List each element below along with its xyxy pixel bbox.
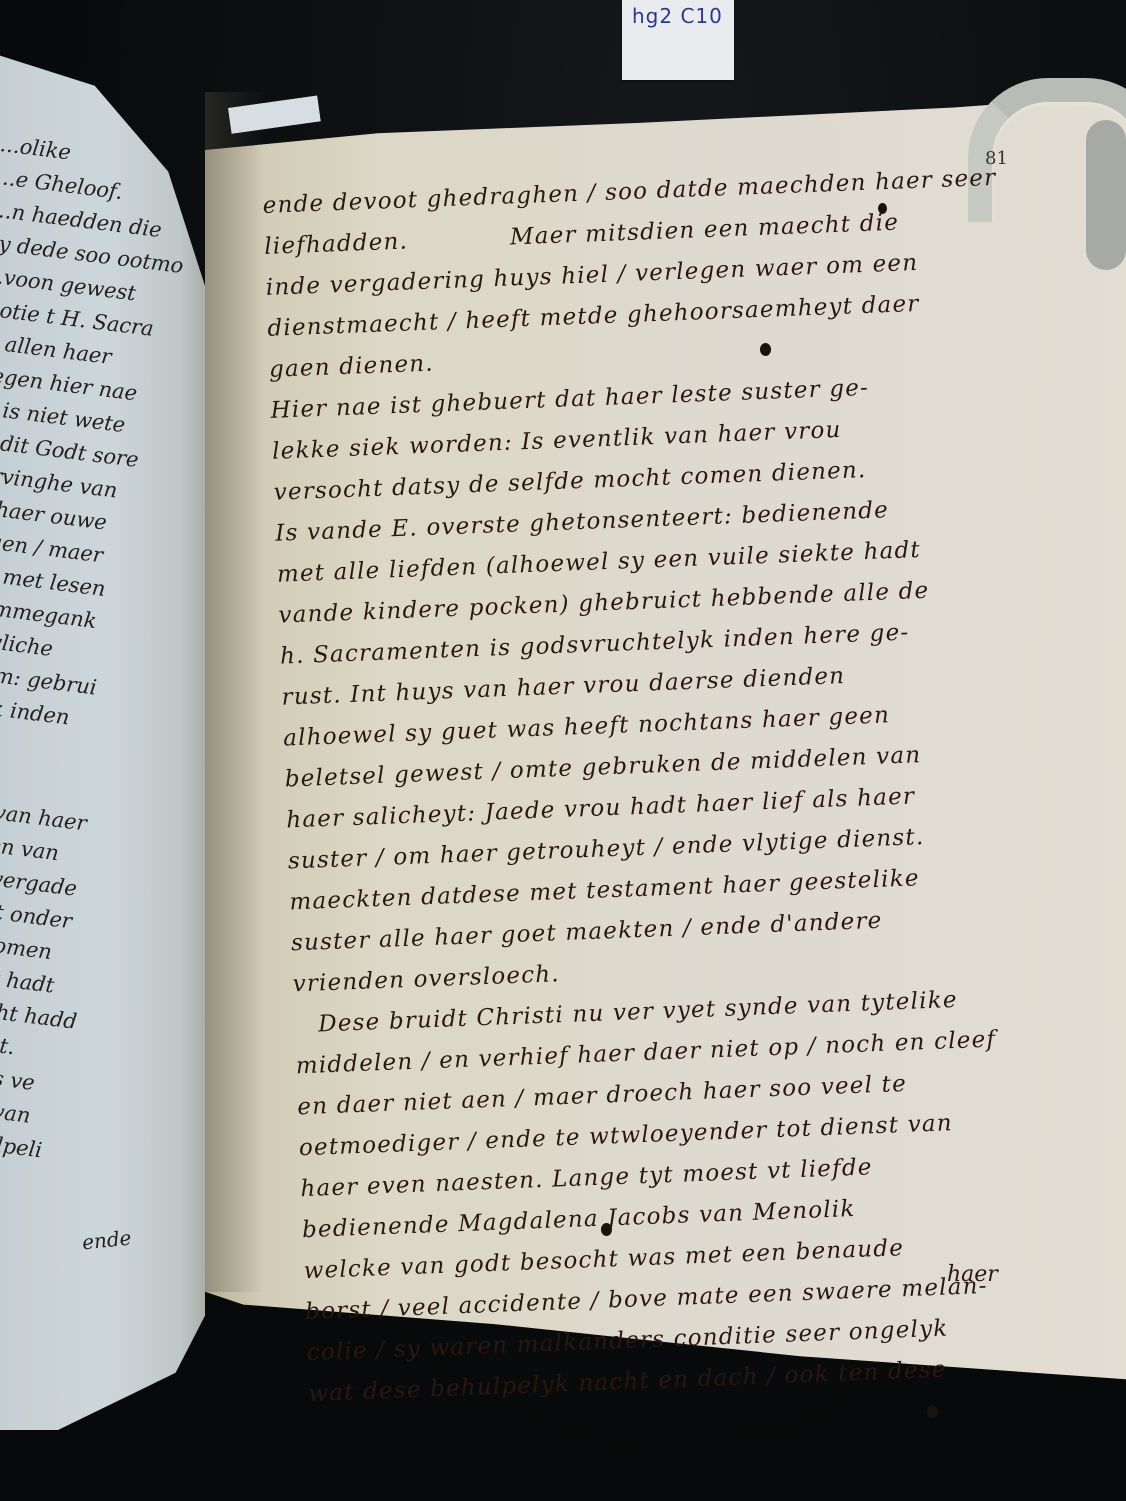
- right-page-text-block: ende devoot ghedraghen / soo datde maech…: [262, 158, 1043, 1415]
- shelfmark-text: hg2 C10: [632, 4, 723, 28]
- wormhole: [927, 1405, 938, 1418]
- shelfmark-tag: hg2 C10: [622, 0, 734, 80]
- wormhole: [601, 1223, 612, 1236]
- wormhole: [878, 203, 887, 214]
- wormhole: [760, 343, 771, 356]
- left-page-catchword: ende: [81, 1225, 133, 1254]
- binding-cord-end: [1086, 120, 1126, 270]
- right-page-catchword: haer: [947, 1262, 998, 1287]
